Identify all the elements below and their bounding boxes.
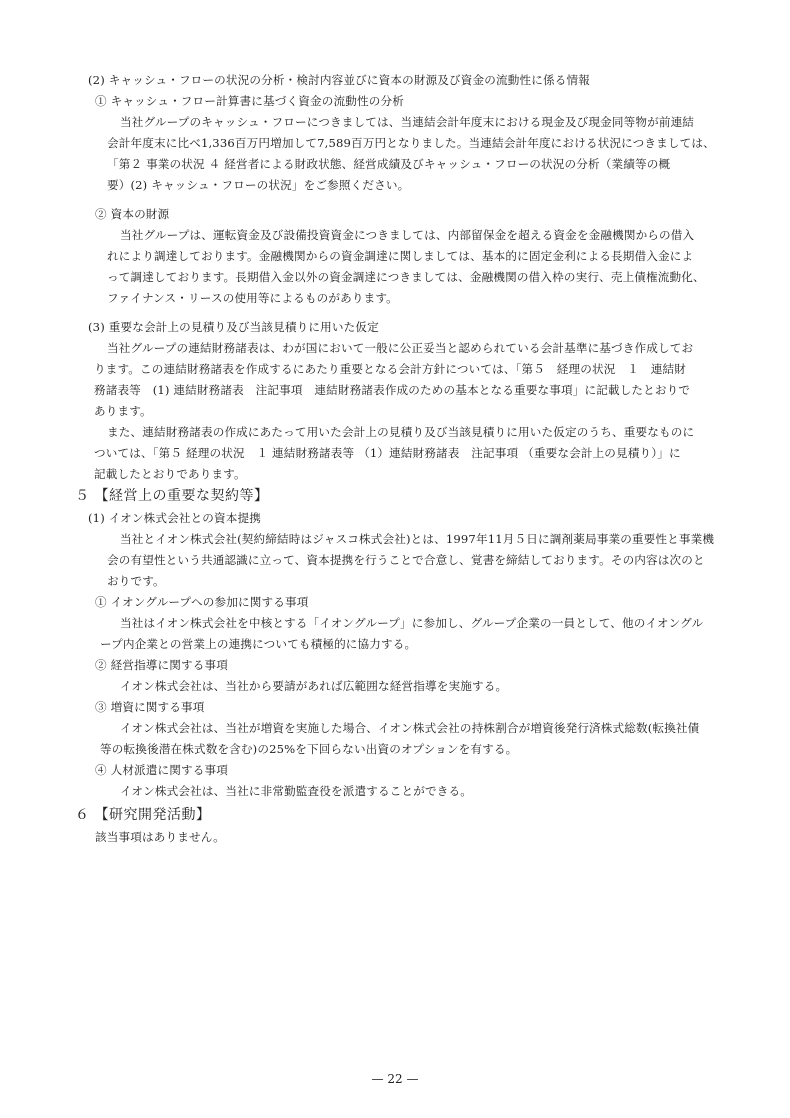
- paragraph-line: イオン株式会社は、当社が増資を実施した場合、イオン株式会社の持株割合が増資後発行…: [120, 720, 699, 736]
- document-page: (2) キャッシュ・フローの状況の分析・検討内容並びに資本の財源及び資金の流動性…: [0, 0, 790, 1118]
- paragraph-line: ります。この連結財務諸表を作成するにあたり重要となる会計方針については、「第５ …: [94, 361, 686, 377]
- paragraph-line: 「第２ 事業の状況 ４ 経営者による財政状態、経営成績及びキャッシュ・フローの状…: [107, 156, 670, 172]
- paragraph-line: ついては、「第５ 経理の状況 １ 連結財務諸表等 （1）連結財務諸表 注記事項 …: [94, 445, 681, 461]
- paragraph-line: 当社はイオン株式会社を中核とする「イオングループ」に参加し、グループ企業の一員と…: [120, 615, 703, 631]
- point-heading: ④ 人材派遣に関する事項: [95, 762, 228, 778]
- paragraph-line: 当社グループは、運転資金及び設備投資資金につきましては、内部留保金を超える資金を…: [120, 227, 694, 243]
- point-heading: ③ 増資に関する事項: [95, 699, 205, 715]
- chapter-heading: ６ 【研究開発活動】: [75, 807, 210, 823]
- paragraph-line: 要）(2) キャッシュ・フローの状況」をご参照ください。: [107, 177, 409, 193]
- subsection-heading: ② 資本の財源: [95, 206, 169, 222]
- paragraph-line: 等の転換後潜在株式数を含む)の25%を下回らない出資のオプションを有する。: [100, 741, 517, 757]
- paragraph-line: おりです。: [107, 573, 165, 589]
- paragraph-line: 会計年度末に比べ1,336百万円増加して7,589百万円となりました。当連結会計…: [107, 135, 715, 151]
- chapter-heading: ５ 【経営上の重要な契約等】: [75, 488, 268, 504]
- paragraph-line: あります。: [94, 403, 152, 419]
- paragraph-line: 当社グループのキャッシュ・フローにつきましては、当連結会計年度末における現金及び…: [120, 114, 694, 130]
- paragraph-line: イオン株式会社は、当社から要請があれば広範囲な経営指導を実施する。: [120, 678, 507, 694]
- paragraph-line: ファイナンス・リースの使用等によるものがあります。: [107, 290, 398, 306]
- point-heading: ① イオングループへの参加に関する事項: [95, 594, 308, 610]
- paragraph-line: って調達しております。長期借入金以外の資金調達につきましては、金融機関の借入枠の…: [107, 269, 705, 285]
- paragraph-line: 会の有望性という共通認識に立って、資本提携を行うことで合意し、覚書を締結しており…: [107, 552, 705, 568]
- paragraph-line: れにより調達しております。金融機関からの資金調達に関しましては、基本的に固定金利…: [107, 248, 693, 264]
- section-heading: (3) 重要な会計上の見積り及び当該見積りに用いた仮定: [88, 319, 379, 335]
- paragraph-line: ープ内企業との営業上の連携についても積極的に協力する。: [100, 636, 416, 652]
- paragraph-line: 当社グループの連結財務諸表は、わが国において一般に公正妥当と認められている会計基…: [107, 340, 693, 356]
- page-number: — 22 —: [0, 1072, 790, 1086]
- section-heading: (2) キャッシュ・フローの状況の分析・検討内容並びに資本の財源及び資金の流動性…: [88, 72, 590, 88]
- subsection-heading: ① キャッシュ・フロー計算書に基づく資金の流動性の分析: [95, 93, 404, 109]
- point-heading: ② 経営指導に関する事項: [95, 657, 228, 673]
- paragraph-line: イオン株式会社は、当社に非常勤監査役を派遣することができる。: [120, 783, 472, 799]
- section-heading: (1) イオン株式会社との資本提携: [88, 510, 261, 526]
- paragraph-line: 該当事項はありません。: [95, 829, 225, 845]
- paragraph-line: また、連結財務諸表の作成にあたって用いた会計上の見積り及び当該見積りに用いた仮定…: [107, 424, 694, 440]
- paragraph-line: 務諸表等 (1) 連結財務諸表 注記事項 連結財務諸表作成のための基本となる重要…: [94, 382, 690, 398]
- paragraph-line: 記載したとおりであります。: [94, 466, 246, 482]
- paragraph-line: 当社とイオン株式会社(契約締結時はジャスコ株式会社)とは、1997年11月５日に…: [120, 531, 714, 547]
